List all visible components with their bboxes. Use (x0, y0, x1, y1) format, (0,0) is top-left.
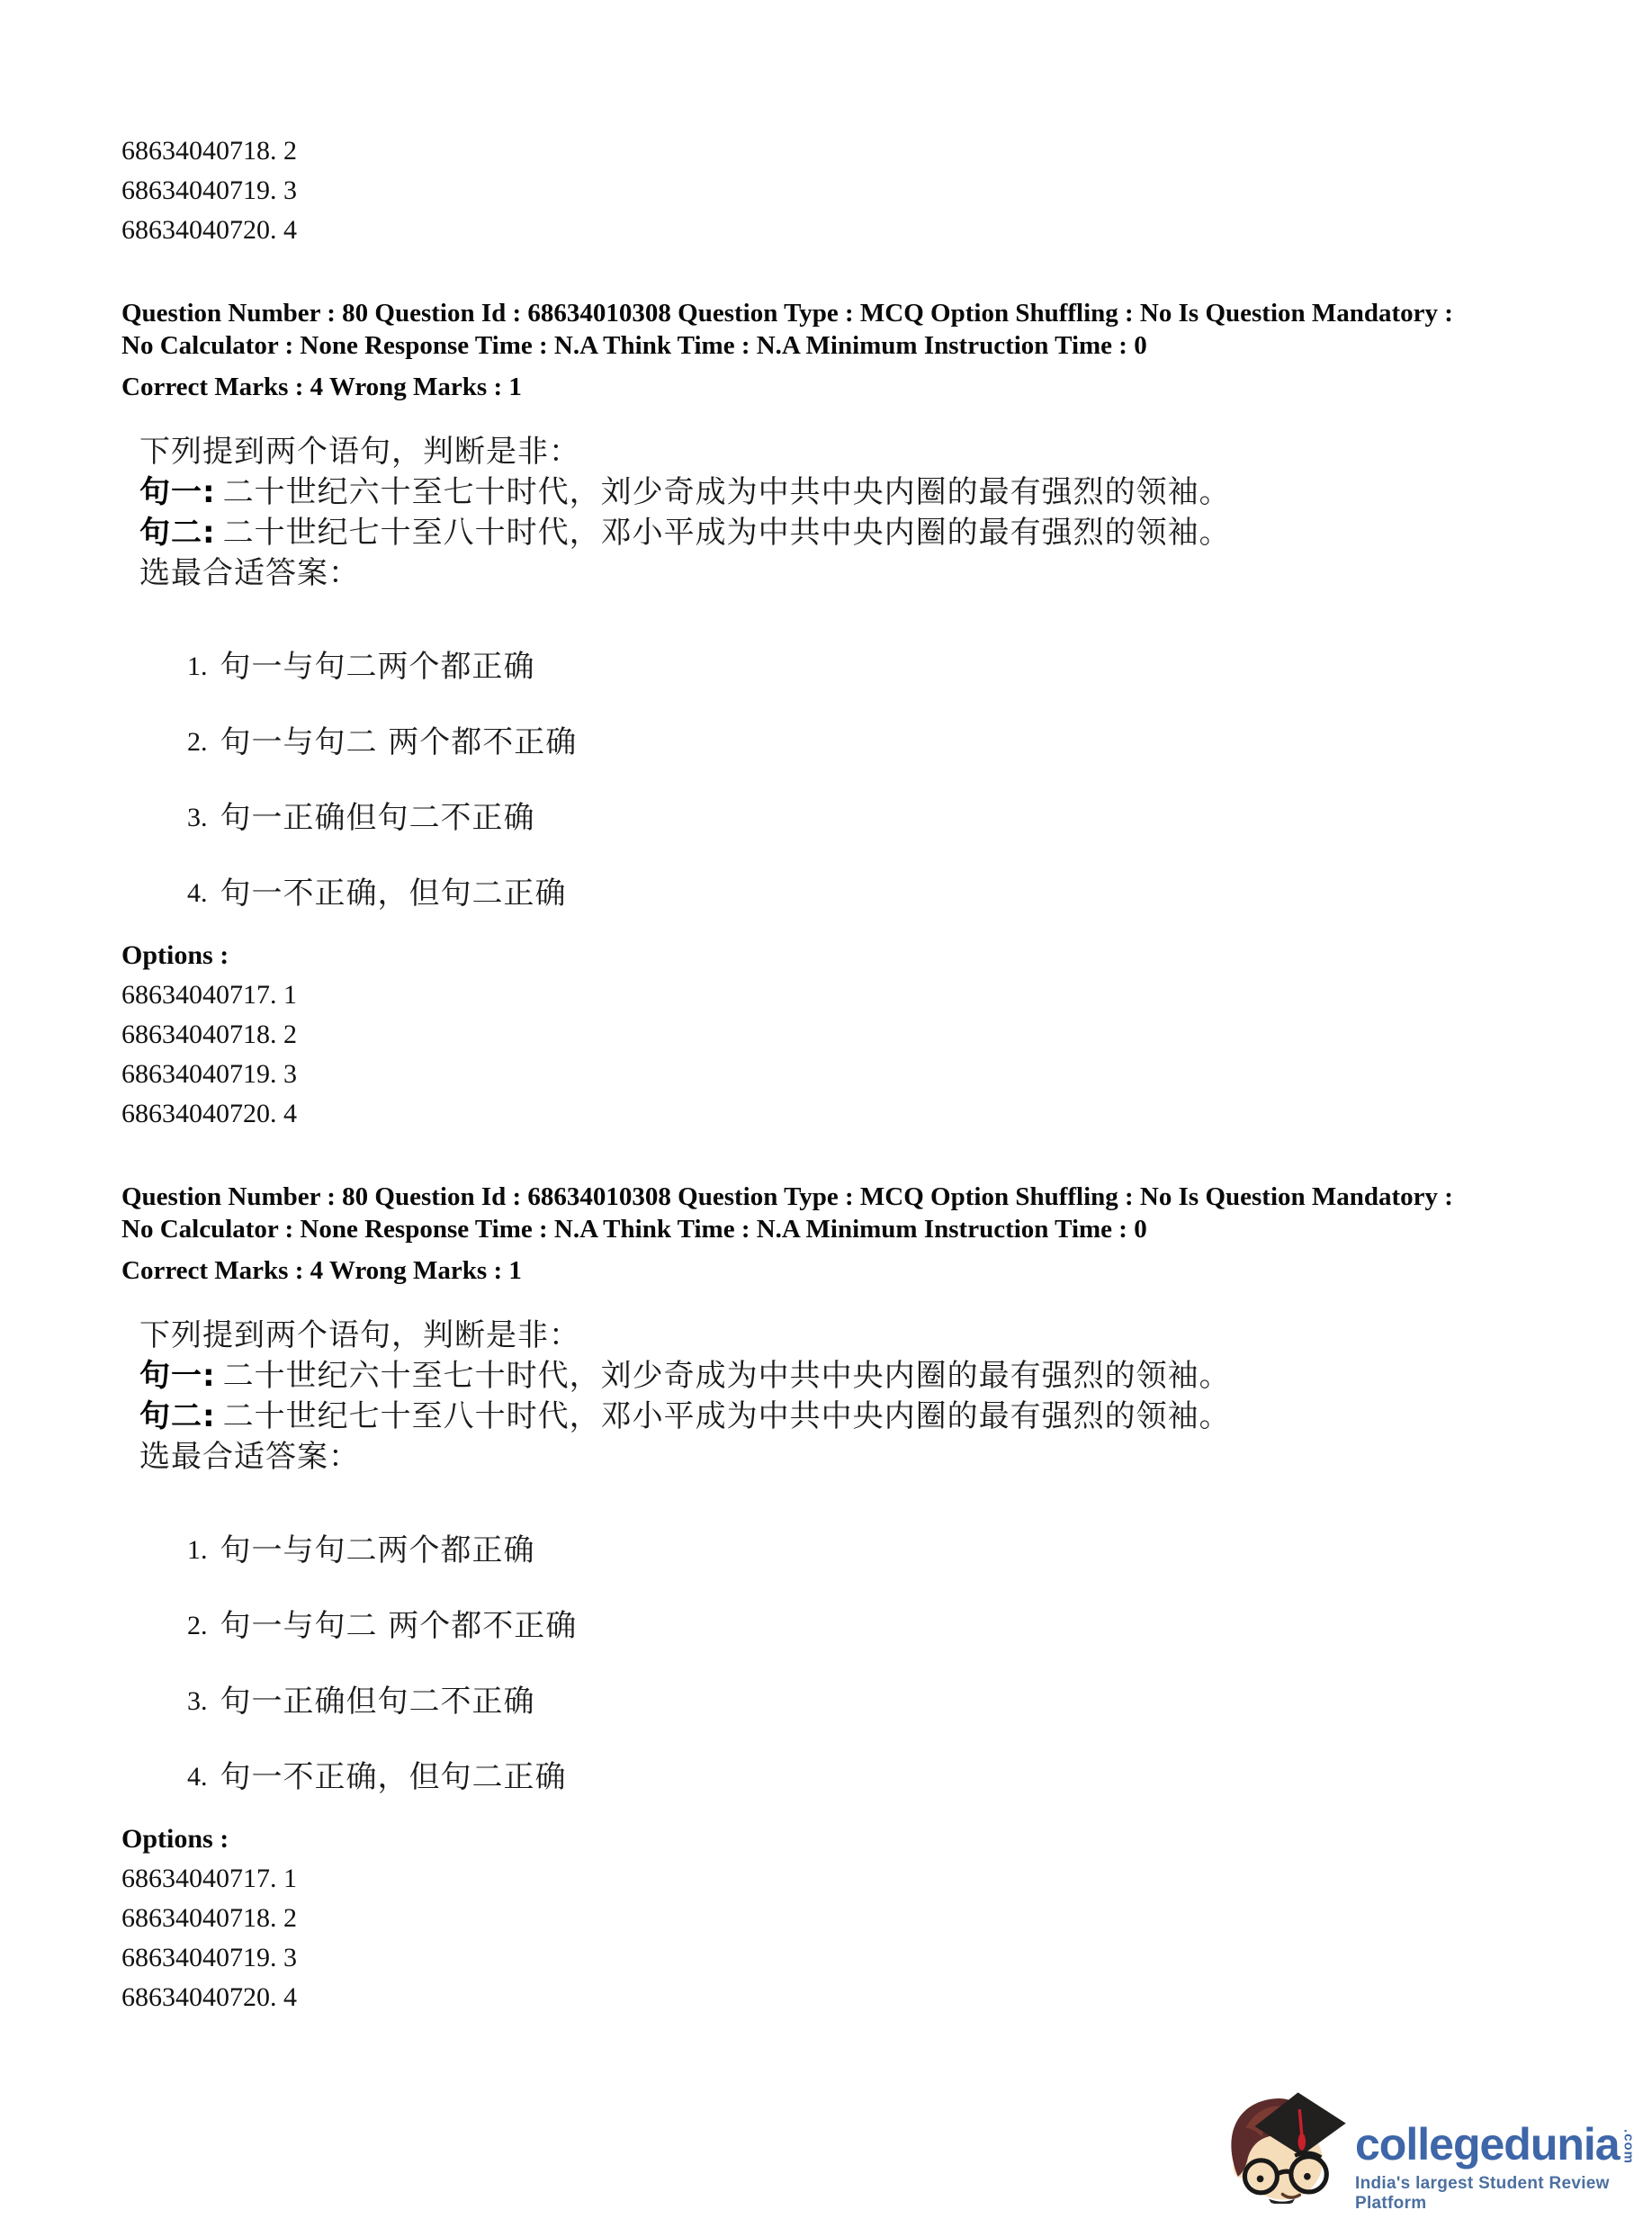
question-prompt: 选最合适答案： (139, 1437, 1598, 1478)
option-id-line: 68634040720. 4 (121, 1094, 1598, 1134)
choice-number: 1. (187, 651, 208, 681)
option-id-line: 68634040718. 2 (121, 1899, 1598, 1938)
choice-text: 句一与句二 两个都不正确 (220, 1608, 578, 1644)
question-sentence-2: 句二:二十世纪七十至八十时代，邓小平成为中共中央内圈的最有强烈的领袖。 (139, 1397, 1598, 1437)
choice-list: 1.句一与句二两个都正确 2.句一与句二 两个都不正确 3.句一正确但句二不正确… (187, 1525, 1598, 1784)
choice-4: 4.句一不正确，但句二正确 (187, 1752, 1598, 1784)
choice-text: 句一与句二两个都正确 (220, 649, 535, 685)
choice-number: 4. (187, 878, 208, 908)
choice-3: 3.句一正确但句二不正确 (187, 793, 1598, 825)
choice-2: 2.句一与句二 两个都不正确 (187, 1601, 1598, 1633)
choice-1: 1.句一与句二两个都正确 (187, 1525, 1598, 1558)
choice-text: 句一正确但句二不正确 (220, 1684, 535, 1720)
question-block-2: Question Number : 80 Question Id : 68634… (121, 1181, 1598, 2017)
options-label: Options : (121, 1819, 1598, 1859)
brand-name: collegedunia (1355, 2122, 1620, 2167)
choice-text: 句一与句二 两个都不正确 (220, 724, 578, 760)
choice-text: 句一正确但句二不正确 (220, 800, 535, 836)
choice-2: 2.句一与句二 两个都不正确 (187, 717, 1598, 750)
option-id-line: 68634040717. 1 (121, 975, 1598, 1015)
collegedunia-mascot-icon (1215, 2088, 1350, 2208)
choice-text: 句一不正确，但句二正确 (220, 1759, 567, 1795)
choice-1: 1.句一与句二两个都正确 (187, 642, 1598, 674)
sentence-1-text: 二十世纪六十至七十时代，刘少奇成为中共中央内圈的最有强烈的领袖。 (223, 1358, 1231, 1394)
choice-number: 1. (187, 1535, 208, 1565)
exam-document-page: 68634040718. 2 68634040719. 3 6863404072… (0, 0, 1652, 2228)
question-sentence-2: 句二:二十世纪七十至八十时代，邓小平成为中共中央内圈的最有强烈的领袖。 (139, 513, 1598, 553)
logo-text: collegedunia .com India's largest Studen… (1355, 2122, 1652, 2214)
option-id-line: 68634040718. 2 (121, 131, 1598, 171)
choice-text: 句一与句二两个都正确 (220, 1532, 535, 1568)
question-block-1: Question Number : 80 Question Id : 68634… (121, 297, 1598, 1134)
brand-tld: .com (1621, 2129, 1637, 2164)
previous-question-option-ids: 68634040718. 2 68634040719. 3 6863404072… (121, 131, 1598, 250)
question-intro: 下列提到两个语句，判断是非： (139, 432, 1598, 472)
sentence-1-text: 二十世纪六十至七十时代，刘少奇成为中共中央内圈的最有强烈的领袖。 (223, 474, 1231, 510)
sentence-2-label: 句二: (139, 515, 216, 551)
options-label: Options : (121, 936, 1598, 975)
choice-number: 4. (187, 1762, 208, 1792)
option-id-list: 68634040717. 1 68634040718. 2 6863404071… (121, 975, 1598, 1134)
question-marks-line: Correct Marks : 4 Wrong Marks : 1 (121, 371, 1598, 403)
sentence-2-text: 二十世纪七十至八十时代，邓小平成为中共中央内圈的最有强烈的领袖。 (223, 515, 1231, 551)
sentence-2-text: 二十世纪七十至八十时代，邓小平成为中共中央内圈的最有强烈的领袖。 (223, 1398, 1231, 1434)
question-meta-line-2: No Calculator : None Response Time : N.A… (121, 329, 1598, 362)
question-marks-line: Correct Marks : 4 Wrong Marks : 1 (121, 1254, 1598, 1287)
choice-number: 3. (187, 1686, 208, 1716)
choice-list: 1.句一与句二两个都正确 2.句一与句二 两个都不正确 3.句一正确但句二不正确… (187, 642, 1598, 901)
option-id-line: 68634040718. 2 (121, 1015, 1598, 1055)
question-prompt: 选最合适答案： (139, 553, 1598, 594)
brand-tagline: India's largest Student Review Platform (1355, 2174, 1652, 2214)
option-id-line: 68634040719. 3 (121, 1055, 1598, 1094)
document-content: 68634040718. 2 68634040719. 3 6863404072… (0, 0, 1652, 2017)
option-id-line: 68634040719. 3 (121, 1938, 1598, 1978)
choice-number: 2. (187, 1611, 208, 1640)
choice-3: 3.句一正确但句二不正确 (187, 1676, 1598, 1709)
choice-number: 3. (187, 803, 208, 832)
sentence-1-label: 句一: (139, 1358, 216, 1394)
question-meta-line-2: No Calculator : None Response Time : N.A… (121, 1213, 1598, 1245)
choice-text: 句一不正确，但句二正确 (220, 876, 567, 912)
choice-number: 2. (187, 727, 208, 757)
option-id-line: 68634040719. 3 (121, 171, 1598, 211)
question-intro: 下列提到两个语句，判断是非： (139, 1316, 1598, 1356)
question-body: 下列提到两个语句，判断是非： 句一:二十世纪六十至七十时代，刘少奇成为中共中央内… (139, 1316, 1598, 1478)
option-id-line: 68634040720. 4 (121, 211, 1598, 250)
sentence-1-label: 句一: (139, 474, 216, 510)
option-id-line: 68634040717. 1 (121, 1859, 1598, 1899)
option-id-list: 68634040717. 1 68634040718. 2 6863404071… (121, 1859, 1598, 2017)
question-meta-line-1: Question Number : 80 Question Id : 68634… (121, 297, 1598, 329)
question-meta-line-1: Question Number : 80 Question Id : 68634… (121, 1181, 1598, 1213)
option-id-line: 68634040720. 4 (121, 1978, 1598, 2017)
question-sentence-1: 句一:二十世纪六十至七十时代，刘少奇成为中共中央内圈的最有强烈的领袖。 (139, 1356, 1598, 1397)
sentence-2-label: 句二: (139, 1398, 216, 1434)
collegedunia-logo: collegedunia .com India's largest Studen… (1215, 2088, 1652, 2214)
question-sentence-1: 句一:二十世纪六十至七十时代，刘少奇成为中共中央内圈的最有强烈的领袖。 (139, 472, 1598, 513)
choice-4: 4.句一不正确，但句二正确 (187, 868, 1598, 901)
question-body: 下列提到两个语句，判断是非： 句一:二十世纪六十至七十时代，刘少奇成为中共中央内… (139, 432, 1598, 594)
